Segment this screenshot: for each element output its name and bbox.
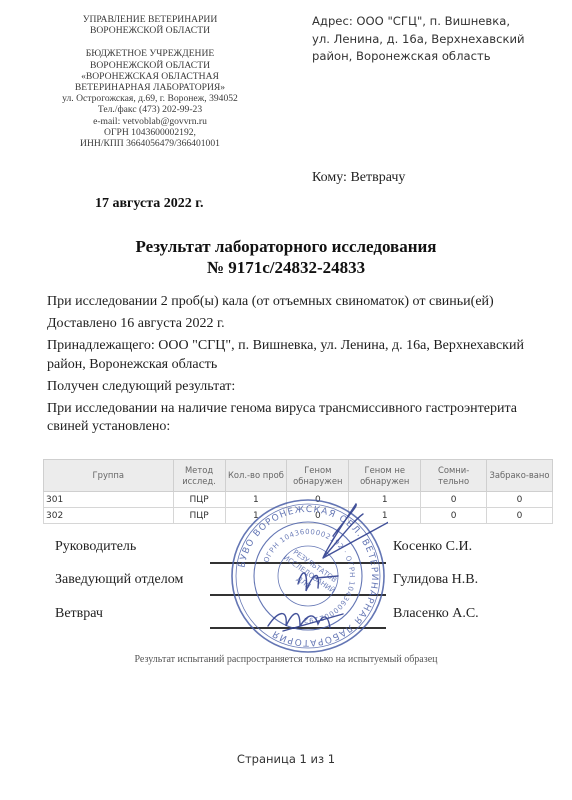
org-ogrn: ОГРН 1043600002192, (40, 127, 260, 138)
svg-text:РЕЗУЛЬТАТОВ: РЕЗУЛЬТАТОВ (292, 548, 339, 584)
address-line: район, Воронежская область (312, 48, 562, 66)
organization-header: УПРАВЛЕНИЕ ВЕТЕРИНАРИИ ВОРОНЕЖСКОЙ ОБЛАС… (40, 14, 260, 149)
recipient-address: Адрес: ООО "СГЦ", п. Вишневка, ул. Ленин… (312, 13, 562, 66)
cell: 301 (44, 492, 174, 508)
cell: 1 (349, 492, 421, 508)
table-header-row: Группа Метод исслед. Кол.-во проб Геном … (44, 460, 553, 492)
recipient-to: Кому: Ветврачу (312, 170, 405, 186)
page-number: Страница 1 из 1 (0, 752, 572, 766)
signature-name: Косенко С.И. (393, 539, 472, 555)
cell: 1 (225, 492, 287, 508)
table-row: 301 ПЦР 1 0 1 0 0 (44, 492, 553, 508)
title-line: Результат лабораторного исследования (0, 236, 572, 257)
svg-text:ОГРН 1043600002192 · ОГРН 1043: ОГРН 1043600002192 · ОГРН 1043600002192 (262, 528, 356, 624)
col-header: Забрако-вано (487, 460, 553, 492)
cell: 0 (421, 492, 487, 508)
document-body: При исследовании 2 проб(ы) кала (от отъе… (47, 293, 547, 437)
cell: 0 (287, 508, 349, 524)
cell: ПЦР (173, 492, 225, 508)
cell: 0 (287, 492, 349, 508)
document-date: 17 августа 2022 г. (95, 196, 204, 212)
signature-role: Руководитель (55, 539, 136, 555)
body-paragraph: Доставлено 16 августа 2022 г. (47, 315, 547, 334)
signature-role: Ветврач (55, 606, 103, 622)
table-row: 302 ПЦР 1 0 1 0 0 (44, 508, 553, 524)
body-paragraph: При исследовании на наличие генома вирус… (47, 400, 547, 437)
signature-line (210, 562, 386, 564)
org-email: e-mail: vetvoblab@govvrn.ru (40, 116, 260, 127)
svg-text:ДЛЯ: ДЛЯ (295, 575, 312, 591)
signature-name: Власенко А.С. (393, 606, 479, 622)
cell: ПЦР (173, 508, 225, 524)
cell: 0 (421, 508, 487, 524)
signature-line (210, 627, 386, 629)
svg-text:БУВО ВОРОНЕЖСКАЯ ОБЛ. ВЕТЕРИНА: БУВО ВОРОНЕЖСКАЯ ОБЛ. ВЕТЕРИНАРНАЯ ЛАБОР… (238, 505, 380, 647)
col-header: Геном обнаружен (287, 460, 349, 492)
cell: 0 (487, 508, 553, 524)
org-line: ВОРОНЕЖСКОЙ ОБЛАСТИ (40, 25, 260, 36)
cell: 0 (487, 492, 553, 508)
col-header: Кол.-во проб (225, 460, 287, 492)
cell: 1 (349, 508, 421, 524)
org-phone: Тел./факс (473) 202-99-23 (40, 104, 260, 115)
org-line: БЮДЖЕТНОЕ УЧРЕЖДЕНИЕ (40, 48, 260, 59)
signature-line (210, 594, 386, 596)
col-header: Группа (44, 460, 174, 492)
col-header: Метод исслед. (173, 460, 225, 492)
cell: 302 (44, 508, 174, 524)
body-paragraph: При исследовании 2 проб(ы) кала (от отъе… (47, 293, 547, 312)
body-paragraph: Принадлежащего: ООО "СГЦ", п. Вишневка, … (47, 337, 547, 374)
address-line: Адрес: ООО "СГЦ", п. Вишневка, (312, 13, 562, 31)
signature-name: Гулидова Н.В. (393, 572, 478, 588)
org-inn: ИНН/КПП 3664056479/366401001 (40, 138, 260, 149)
cell: 1 (225, 508, 287, 524)
disclaimer-text: Результат испытаний распространяется тол… (0, 654, 572, 665)
org-line: ВЕТЕРИНАРНАЯ ЛАБОРАТОРИЯ» (40, 82, 260, 93)
col-header: Сомни-тельно (421, 460, 487, 492)
address-line: ул. Ленина, д. 16а, Верхнехавский (312, 31, 562, 49)
org-line: ВОРОНЕЖСКОЙ ОБЛАСТИ (40, 60, 260, 71)
document-number: № 9171с/24832-24833 (0, 257, 572, 278)
document-title: Результат лабораторного исследования № 9… (0, 236, 572, 278)
org-line: «ВОРОНЕЖСКАЯ ОБЛАСТНАЯ (40, 71, 260, 82)
signature-role: Заведующий отделом (55, 572, 183, 588)
org-line: УПРАВЛЕНИЕ ВЕТЕРИНАРИИ (40, 14, 260, 25)
body-paragraph: Получен следующий результат: (47, 378, 547, 397)
results-table: Группа Метод исслед. Кол.-во проб Геном … (43, 459, 553, 524)
svg-text:ИССЛЕДОВАНИЙ: ИССЛЕДОВАНИЙ (282, 553, 337, 595)
col-header: Геном не обнаружен (349, 460, 421, 492)
org-address: ул. Острогожская, д.69, г. Воронеж, 3940… (40, 93, 260, 104)
